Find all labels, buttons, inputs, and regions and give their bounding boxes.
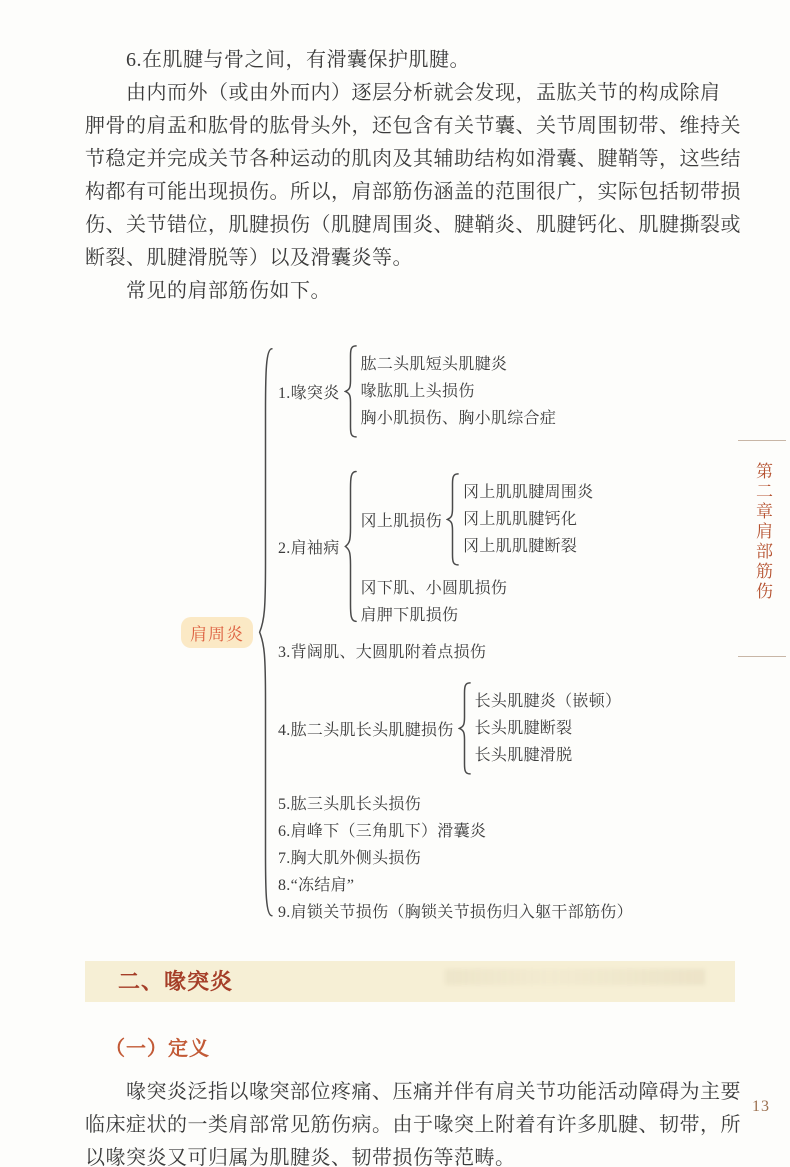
text-line: 6.在肌腱与骨之间，有滑囊保护肌腱。 [85,44,730,77]
diagram-group-label: 冈上肌损伤 [361,508,446,531]
diagram-item: 冈下肌、小圆肌损伤 [361,575,508,602]
diagram-group-label: 2.肩袖病 [278,535,343,558]
definition-paragraph: 喙突炎泛指以喙突部位疼痛、压痛并伴有肩关节功能活动障碍为主要临床症状的一类肩部常… [85,1076,730,1167]
diagram-group-label: 4.肱二头肌长头肌腱损伤 [278,717,457,740]
page-number: 13 [752,1098,770,1116]
text-line: 喙突炎泛指以喙突部位疼痛、压痛并伴有肩关节功能活动障碍为主要 [85,1076,730,1109]
brace-icon [344,345,357,438]
intro-paragraph: 6.在肌腱与骨之间，有滑囊保护肌腱。由内而外（或由外而内）逐层分析就会发现，盂肱… [85,44,730,308]
diagram-item: 8.“冻结肩” [278,872,354,899]
diagram-item: 喙肱肌上头损伤 [361,378,475,405]
diagram-group: 4.肱二头肌长头肌腱损伤长头肌腱炎（嵌顿）长头肌腱断裂长头肌腱滑脱 [278,676,621,781]
sidebar-vertical-text: 第二章肩部筋伤 [737,462,787,634]
text-line: 断裂、肌腱滑脱等）以及滑囊炎等。 [85,242,730,275]
brace-icon [446,473,459,566]
book-page: 6.在肌腱与骨之间，有滑囊保护肌腱。由内而外（或由外而内）逐层分析就会发现，盂肱… [0,0,790,1167]
text-line: 临床症状的一类肩部常见筋伤病。由于喙突上附着有许多肌腱、韧带，所 [85,1109,730,1142]
diagram-children: 冈上肌损伤冈上肌肌腱周围炎冈上肌肌腱钙化冈上肌肌腱断裂冈下肌、小圆肌损伤肩胛下肌… [361,464,594,629]
diagram-group: 冈上肌损伤冈上肌肌腱周围炎冈上肌肌腱钙化冈上肌肌腱断裂 [361,467,594,572]
diagram-children: 冈上肌肌腱周围炎冈上肌肌腱钙化冈上肌肌腱断裂 [463,479,593,560]
chapter-title: 肩部筋伤 [753,522,772,602]
chapter-number: 第二章 [753,462,772,522]
diagram-item: 冈上肌肌腱断裂 [463,533,577,560]
text-line: 构都有可能出现损伤。所以，肩部筋伤涵盖的范围很广，实际包括韧带损 [85,176,730,209]
brace-icon [344,470,357,623]
text-line: 常见的肩部筋伤如下。 [85,275,730,308]
text-line: 节稳定并完成关节各种运动的肌肉及其辅助结构如滑囊、腱鞘等，这些结 [85,143,730,176]
diagram-children: 肱二头肌短头肌腱炎喙肱肌上头损伤胸小肌损伤、胸小肌综合症 [361,351,557,432]
diagram-group-label: 1.喙突炎 [278,380,343,403]
text-line: 由内而外（或由外而内）逐层分析就会发现，盂肱关节的构成除肩 [85,77,730,110]
diagram-item: 长头肌腱炎（嵌顿） [475,688,622,715]
diagram-item: 3.背阔肌、大圆肌附着点损伤 [278,639,486,666]
section-header-band: 二、喙突炎 [85,961,735,1002]
subsection-title: （一）定义 [105,1032,730,1061]
diagram-group: 1.喙突炎肱二头肌短头肌腱炎喙肱肌上头损伤胸小肌损伤、胸小肌综合症 [278,339,556,444]
diagram-item: 胸小肌损伤、胸小肌综合症 [361,405,557,432]
text-line: 伤、关节错位，肌腱损伤（肌腱周围炎、腱鞘炎、肌腱钙化、肌腱撕裂或 [85,209,730,242]
brace-icon [458,682,471,775]
brace-icon [258,343,273,922]
diagram-item: 冈上肌肌腱钙化 [463,506,577,533]
diagram-item: 冈上肌肌腱周围炎 [463,479,593,506]
diagram-item: 肱二头肌短头肌腱炎 [361,351,508,378]
page-content: 6.在肌腱与骨之间，有滑囊保护肌腱。由内而外（或由外而内）逐层分析就会发现，盂肱… [85,44,730,1167]
diagram-item: 肩胛下肌损伤 [361,602,459,629]
diagram-main-column: 1.喙突炎肱二头肌短头肌腱炎喙肱肌上头损伤胸小肌损伤、胸小肌综合症2.肩袖病冈上… [278,339,633,926]
text-line: 胛骨的肩盂和肱骨的肱骨头外，还包含有关节囊、关节周围韧带、维持关 [85,110,730,143]
diagram-item: 6.肩峰下（三角肌下）滑囊炎 [278,818,486,845]
diagram-item: 长头肌腱断裂 [475,715,573,742]
diagram-item: 长头肌腱滑脱 [475,742,573,769]
diagram-group: 2.肩袖病冈上肌损伤冈上肌肌腱周围炎冈上肌肌腱钙化冈上肌肌腱断裂冈下肌、小圆肌损… [278,464,593,629]
section-title: 二、喙突炎 [118,965,735,996]
diagram-root-group: 肩周炎1.喙突炎肱二头肌短头肌腱炎喙肱肌上头损伤胸小肌损伤、胸小肌综合症2.肩袖… [181,339,730,926]
diagram-root-label: 肩周炎 [181,617,253,648]
text-line: 以喙突炎又可归属为肌腱炎、韧带损伤等范畴。 [85,1142,730,1167]
diagram-item: 5.肱三头肌长头损伤 [278,791,421,818]
diagram-item: 9.肩锁关节损伤（胸锁关节损伤归入躯干部筋伤） [278,899,633,926]
diagram-children: 长头肌腱炎（嵌顿）长头肌腱断裂长头肌腱滑脱 [475,688,622,769]
sidebar-rule-top [738,440,786,441]
chapter-sidebar: 第二章肩部筋伤 [737,440,787,657]
sidebar-rule-bottom [738,656,786,657]
diagram-item: 7.胸大肌外侧头损伤 [278,845,421,872]
classification-diagram: 肩周炎1.喙突炎肱二头肌短头肌腱炎喙肱肌上头损伤胸小肌损伤、胸小肌综合症2.肩袖… [181,339,730,926]
